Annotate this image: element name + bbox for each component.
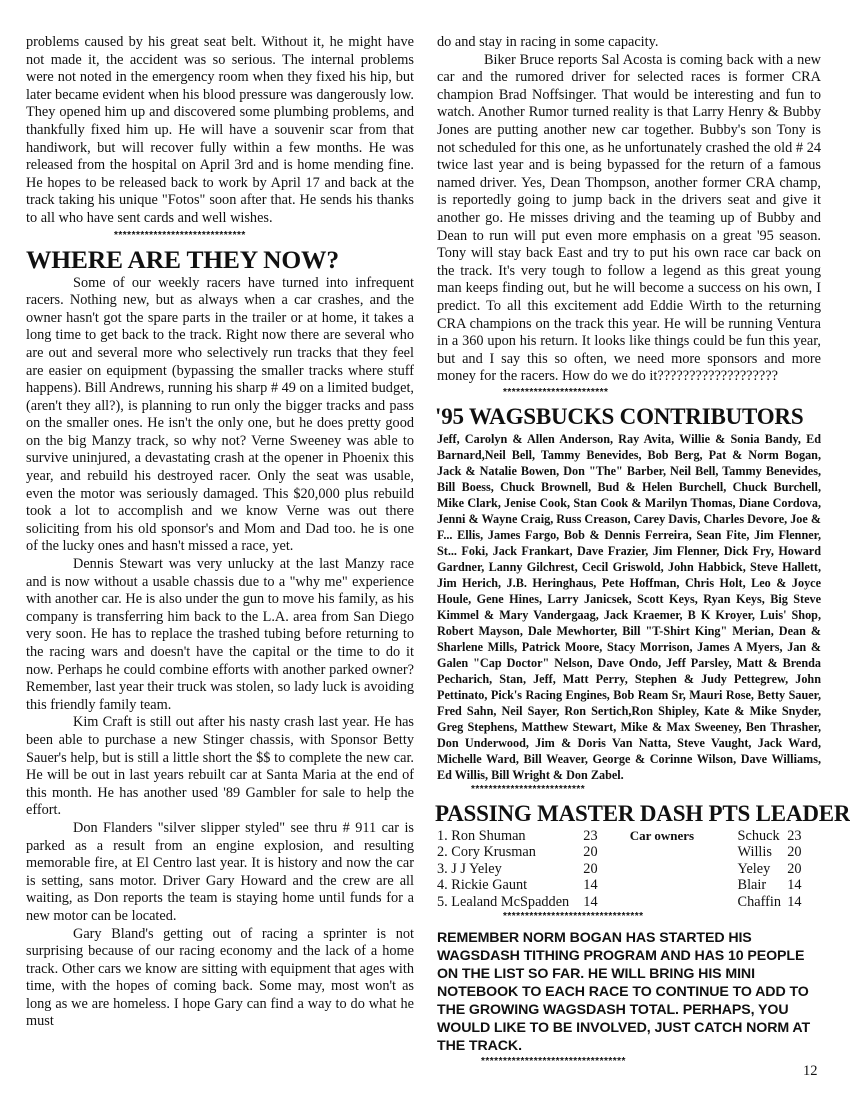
right-column: do and stay in racing in some capacity. … [437, 34, 821, 1069]
owner-name: Willis [738, 844, 788, 861]
owner-name: Yeley [738, 861, 788, 878]
article-paragraph: Dennis Stewart was very unlucky at the l… [26, 556, 414, 714]
continued-paragraph: problems caused by his great seat belt. … [26, 34, 414, 228]
driver-points: 14 [583, 894, 629, 911]
continued-paragraph: do and stay in racing in some capacity. [437, 34, 821, 52]
contributors-title: '95 WAGSBUCKS CONTRIBUTORS [435, 403, 821, 430]
driver-name: 5. Lealand McSpadden [437, 894, 583, 911]
table-row: 3. J J Yeley 20 Yeley 20 [437, 861, 807, 878]
owner-name: Chaffin [738, 894, 788, 911]
leaders-table: 1. Ron Shuman 23 Car owners Schuck 23 2.… [437, 828, 807, 911]
section-separator: ******************************** [437, 910, 821, 924]
car-owners-label: Car owners [630, 828, 738, 845]
page-number: 12 [803, 1063, 818, 1080]
driver-name: 1. Ron Shuman [437, 828, 583, 845]
section-separator: ****************************** [26, 229, 414, 243]
owner-points: 14 [787, 894, 807, 911]
newsletter-page: problems caused by his great seat belt. … [0, 0, 850, 1100]
owner-name: Schuck [738, 828, 788, 845]
left-column: problems caused by his great seat belt. … [26, 34, 414, 1031]
article-paragraph: Kim Craft is still out after his nasty c… [26, 714, 414, 820]
owner-points: 20 [787, 861, 807, 878]
driver-points: 20 [583, 844, 629, 861]
section-separator: ************************ [437, 386, 821, 400]
driver-name: 3. J J Yeley [437, 861, 583, 878]
section-separator: ************************** [437, 783, 821, 797]
driver-points: 23 [583, 828, 629, 845]
driver-points: 14 [583, 877, 629, 894]
spacer-cell [630, 894, 738, 911]
owner-points: 20 [787, 844, 807, 861]
spacer-cell [630, 877, 738, 894]
article-paragraph: Biker Bruce reports Sal Acosta is coming… [437, 52, 821, 386]
table-row: 2. Cory Krusman 20 Willis 20 [437, 844, 807, 861]
article-paragraph: Don Flanders "silver slipper styled" see… [26, 820, 414, 926]
contributors-list: Jeff, Carolyn & Allen Anderson, Ray Avit… [437, 431, 821, 783]
wagsdash-notice: REMEMBER NORM BOGAN HAS STARTED HIS WAGS… [437, 929, 821, 1055]
table-row: 1. Ron Shuman 23 Car owners Schuck 23 [437, 828, 807, 845]
table-row: 4. Rickie Gaunt 14 Blair 14 [437, 877, 807, 894]
spacer-cell [630, 844, 738, 861]
owner-points: 23 [787, 828, 807, 845]
article-paragraph: Some of our weekly racers have turned in… [26, 275, 414, 557]
owner-name: Blair [738, 877, 788, 894]
table-row: 5. Lealand McSpadden 14 Chaffin 14 [437, 894, 807, 911]
spacer-cell [630, 861, 738, 878]
driver-points: 20 [583, 861, 629, 878]
section-separator: ********************************* [437, 1055, 821, 1069]
leaders-title: PASSING MASTER DASH PTS LEADERS [435, 800, 821, 827]
owner-points: 14 [787, 877, 807, 894]
driver-name: 2. Cory Krusman [437, 844, 583, 861]
article-paragraph: Gary Bland's getting out of racing a spr… [26, 926, 414, 1032]
section-title-where-are-they-now: WHERE ARE THEY NOW? [26, 245, 414, 275]
driver-name: 4. Rickie Gaunt [437, 877, 583, 894]
